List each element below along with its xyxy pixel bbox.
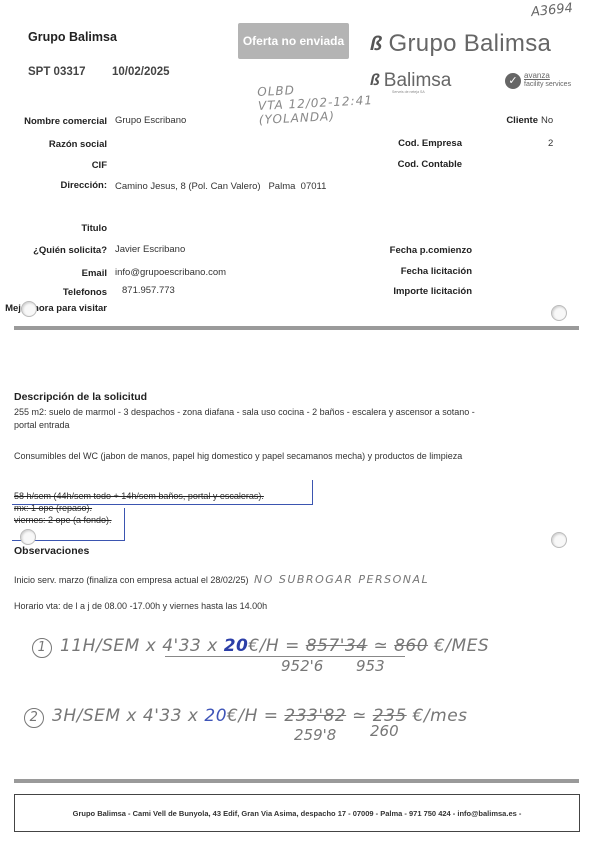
description-line: 255 m2: suelo de marmol - 3 despachos - …: [14, 406, 574, 419]
balimsa-logo: ß Balimsa: [370, 70, 451, 92]
calc-2-corrected-monthly: 260: [370, 722, 399, 740]
label-mejor-hora: Mejor hora para visitar: [0, 303, 107, 314]
label-email: Email: [0, 268, 107, 279]
struck-schedule: 58 h/sem (44h/sem todo + 14h/sem baños, …: [14, 490, 574, 526]
calc-formula: 11H/SEM x 4'33 x: [60, 636, 218, 656]
handwritten-visit-note: OLBD VTA 12/02-12:41 (YOLANDA): [257, 79, 374, 127]
calculation-1: 111H/SEM x 4'33 x 20€/H = 857'34 ≃ 860 €…: [32, 636, 489, 658]
label-quien-solicita: ¿Quién solicita?: [0, 245, 107, 256]
calc-unit: €/H =: [227, 706, 278, 726]
observation-start: Inicio serv. marzo (finaliza con empresa…: [14, 573, 429, 587]
logo-sub-text: Balimsa: [384, 70, 452, 92]
calc-suffix: €/MES: [434, 636, 489, 656]
value-email: info@grupoescribano.com: [115, 267, 226, 278]
avanza-name: avanza: [524, 71, 550, 80]
company-name: Grupo Balimsa: [28, 30, 117, 44]
section-divider: [14, 326, 579, 330]
calc-number: 2: [24, 708, 44, 728]
calc-formula: 3H/SEM x 4'33 x: [52, 706, 198, 726]
logo-main-text: Grupo Balimsa: [389, 30, 552, 58]
calc-2-corrected-total: 259'8: [294, 726, 336, 744]
calc-struck-total: 233'82: [284, 706, 346, 726]
value-quien-solicita: Javier Escribano: [115, 244, 185, 255]
handwritten-reference: A3694: [530, 1, 573, 20]
label-nombre-comercial: Nombre comercial: [0, 116, 107, 127]
description-title: Descripción de la solicitud: [14, 391, 147, 403]
observations-title: Observaciones: [14, 545, 89, 557]
calc-number: 1: [32, 638, 52, 658]
description-text: 255 m2: suelo de marmol - 3 despachos - …: [14, 406, 574, 432]
value-cliente: No: [541, 115, 553, 126]
label-razon-social: Razón social: [0, 139, 107, 150]
value-direccion: Camino Jesus, 8 (Pol. Can Valero) Palma …: [115, 181, 326, 192]
status-badge: Oferta no enviada: [238, 23, 349, 59]
punch-hole-icon: [551, 532, 567, 548]
handwritten-no-subrogar: NO SUBROGAR PERSONAL: [254, 573, 429, 586]
logo-sub-tagline: Serveis de neteja SA: [392, 90, 425, 94]
bird-logo-icon: ß: [368, 33, 385, 56]
observation-schedule: Horario vta: de l a j de 08.00 -17.00h y…: [14, 600, 574, 613]
calc-rate: 20: [224, 636, 249, 656]
spt-code: SPT 03317: [28, 66, 86, 78]
label-telefonos: Telefonos: [0, 287, 107, 298]
label-cif: CIF: [0, 160, 107, 171]
avanza-tagline: facility services: [524, 81, 571, 88]
struck-line: mx: 1 ope (repaso).: [14, 502, 574, 514]
value-nombre-comercial: Grupo Escribano: [115, 115, 186, 126]
request-date: 10/02/2025: [112, 66, 170, 78]
struck-line: 58 h/sem (44h/sem todo + 14h/sem baños, …: [14, 490, 574, 502]
calc-approx: ≃: [373, 636, 388, 656]
grupo-balimsa-logo: ß Grupo Balimsa: [370, 30, 551, 58]
calc-approx: ≃: [352, 706, 367, 726]
label-fecha-comienzo: Fecha p.comienzo: [342, 245, 472, 256]
punch-hole-icon: [21, 301, 37, 317]
label-cod-contable: Cod. Contable: [332, 159, 462, 170]
label-importe-licitacion: Importe licitación: [342, 286, 472, 297]
observation-line: Inicio serv. marzo (finaliza con empresa…: [14, 575, 248, 585]
calc-unit: €/H =: [248, 636, 299, 656]
calc-1-corrected-total: 952'6: [281, 657, 323, 675]
label-titulo: Titulo: [0, 223, 107, 234]
calc-struck-monthly: 860: [394, 636, 428, 656]
punch-hole-icon: [551, 305, 567, 321]
value-telefonos: 871.957.773: [122, 285, 175, 296]
punch-hole-icon: [20, 529, 36, 545]
footer-address: Grupo Balimsa - Cami Vell de Bunyola, 43…: [14, 794, 580, 832]
calc-rate: 20: [204, 706, 227, 726]
avanza-logo: ✓ avanza facility services: [505, 72, 571, 89]
label-fecha-licitacion: Fecha licitación: [342, 266, 472, 277]
calc-struck-total: 857'34: [306, 636, 368, 656]
description-line: portal entrada: [14, 419, 574, 432]
check-icon: ✓: [505, 73, 521, 89]
footer-divider: [14, 779, 579, 783]
label-direccion: Dirección:: [0, 180, 107, 191]
calculation-2: 23H/SEM x 4'33 x 20€/H = 233'82 ≃ 235 €/…: [24, 706, 468, 728]
calc-suffix: €/mes: [413, 706, 468, 726]
value-cod-empresa: 2: [548, 138, 553, 149]
consumables-text: Consumibles del WC (jabon de manos, pape…: [14, 450, 574, 463]
calc-1-corrected-monthly: 953: [356, 657, 385, 675]
label-cliente: Cliente: [408, 115, 538, 126]
label-cod-empresa: Cod. Empresa: [332, 138, 462, 149]
struck-line: viernes: 2 ope (a fondo).: [14, 514, 574, 526]
